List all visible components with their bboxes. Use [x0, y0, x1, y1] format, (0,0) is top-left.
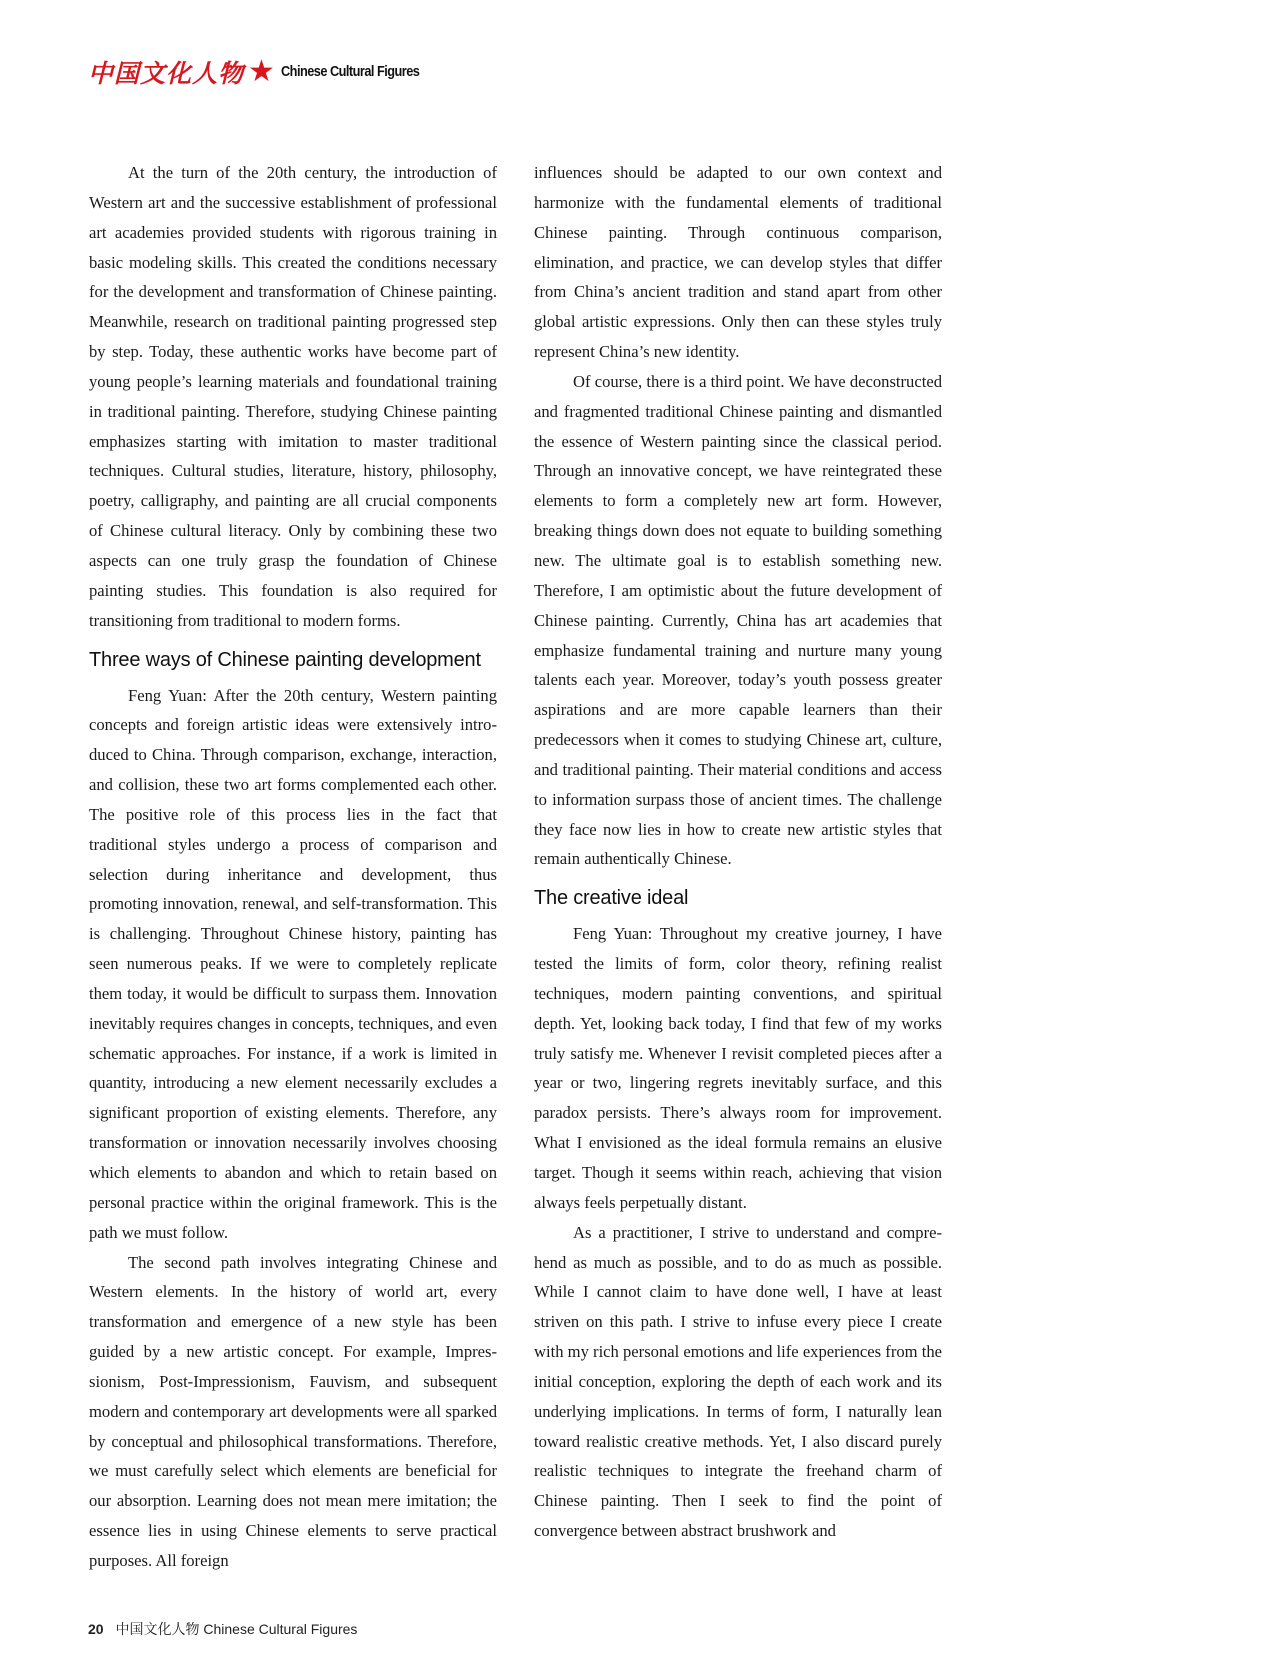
magazine-header: 中国文化人物 ★ Chinese Cultural Figures: [88, 54, 438, 90]
brand-title-english: Chinese Cultural Figures: [281, 64, 419, 80]
section-heading-three-ways: Three ways of Chinese painting developme…: [89, 647, 497, 673]
page-footer: 20 中国文化人物 Chinese Cultural Figures: [88, 1619, 357, 1639]
paragraph: Of course, there is a third point. We ha…: [534, 367, 942, 874]
right-column: influences should be adapted to our own …: [534, 158, 942, 1546]
paragraph: The second path involves integrating Chi…: [89, 1248, 497, 1576]
brand-logo-chinese: 中国文化人物: [88, 54, 244, 90]
paragraph: At the turn of the 20th century, the int…: [89, 158, 497, 636]
paragraph: Feng Yuan: After the 20th century, Weste…: [89, 681, 497, 1248]
section-heading-creative-ideal: The creative ideal: [534, 885, 942, 911]
left-column: At the turn of the 20th century, the int…: [89, 158, 497, 1576]
paragraph-continued: influences should be adapted to our own …: [534, 158, 942, 367]
star-icon: ★: [248, 57, 275, 87]
footer-publication-cn: 中国文化人物: [115, 1621, 199, 1637]
footer-publication-en: Chinese Cultural Figures: [203, 1621, 357, 1637]
paragraph: As a practitioner, I strive to understan…: [534, 1218, 942, 1546]
paragraph: Feng Yuan: Throughout my creative journe…: [534, 919, 942, 1217]
page-number: 20: [88, 1621, 104, 1637]
